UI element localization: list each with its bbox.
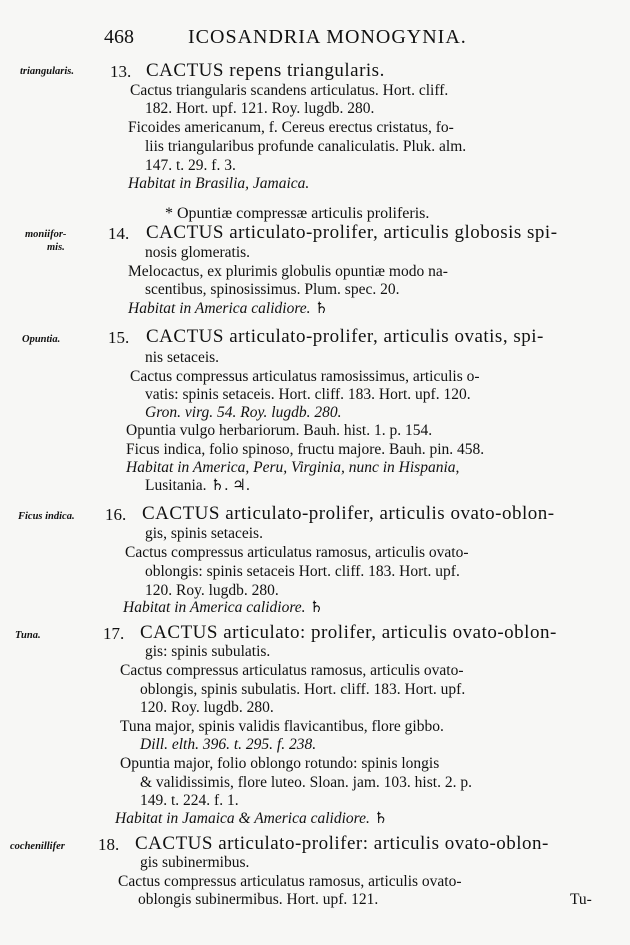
description-cont: nosis glomeratis. (145, 244, 250, 262)
description-cont: gis: spinis subulatis. (145, 643, 270, 661)
catchword: Tu- (570, 891, 592, 909)
margin-note: moniifor- (25, 229, 66, 240)
margin-note: Ficus indica. (18, 511, 75, 522)
entry-number: 15. (108, 328, 129, 348)
entry-number: 17. (103, 624, 124, 644)
synonym-line: Dill. elth. 396. t. 295. f. 238. (140, 736, 316, 754)
margin-note-cont: mis. (47, 242, 65, 253)
margin-note: Tuna. (15, 630, 41, 641)
entry-number: 16. (105, 505, 126, 525)
synonym-line: 149. t. 224. f. 1. (140, 792, 239, 810)
habitat-line: Habitat in Brasilia, Jamaica. (128, 175, 309, 193)
habitat-line: Habitat in America calidiore. ♄ (128, 300, 328, 318)
margin-note: Opuntia. (22, 334, 60, 345)
synonym-line: Gron. virg. 54. Roy. lugdb. 280. (145, 404, 341, 422)
synonym-line: scentibus, spinosissimus. Plum. spec. 20… (145, 281, 399, 299)
synonym-line: Ficus indica, folio spinoso, fructu majo… (126, 441, 484, 459)
synonym-line: 147. t. 29. f. 3. (145, 157, 236, 175)
synonym-line: oblongis: spinis setaceis Hort. cliff. 1… (145, 563, 460, 581)
synonym-line: Cactus compressus articulatus ramosus, a… (125, 544, 469, 562)
synonym-line: oblongis, spinis subulatis. Hort. cliff.… (140, 681, 465, 699)
synonym-line: vatis: spinis setaceis. Hort. cliff. 183… (145, 386, 471, 404)
synonym-line: Melocactus, ex plurimis globulis opuntiæ… (128, 263, 448, 281)
synonym-line: Cactus compressus articulatus ramosissim… (130, 368, 480, 386)
synonym-line: Cactus compressus articulatus ramosus, a… (120, 662, 464, 680)
entry-title: CACTUS articulato-prolifer, articulis ov… (142, 505, 555, 523)
synonym-line: Ficoides americanum, f. Cereus erectus c… (128, 119, 454, 137)
margin-note: cochenillifer (10, 841, 65, 852)
entry-number: 18. (98, 835, 119, 855)
synonym-line: & validissimis, flore luteo. Sloan. jam.… (140, 774, 472, 792)
synonym-line: liis triangularibus profunde canaliculat… (145, 138, 466, 156)
habitat-line: Habitat in America, Peru, Virginia, nunc… (126, 459, 459, 477)
book-page: 468 ICOSANDRIA MONOGYNIA. triangularis. … (0, 0, 630, 945)
synonym-line: Opuntia vulgo herbariorum. Bauh. hist. 1… (126, 422, 432, 440)
description-cont: gis subinermibus. (140, 854, 249, 872)
synonym-line: 120. Roy. lugdb. 280. (140, 699, 274, 717)
synonym-line: Opuntia major, folio oblongo rotundo: sp… (120, 755, 439, 773)
entry-number: 13. (110, 62, 131, 82)
entry-title: CACTUS articulato: prolifer, articulis o… (140, 624, 557, 642)
page-header: 468 ICOSANDRIA MONOGYNIA. (0, 26, 630, 56)
margin-note: triangularis. (20, 66, 74, 77)
synonym-line: Tuna major, spinis validis flavicantibus… (120, 718, 444, 736)
page-number: 468 (104, 26, 134, 49)
habitat-cont: Lusitania. ♄. ♃. (145, 477, 250, 495)
synonym-line: Cactus compressus articulatus ramosus, a… (118, 873, 462, 891)
entry-title: CACTUS articulato-prolifer, articulis ov… (146, 328, 544, 346)
section-heading: * Opuntiæ compressæ articulis proliferis… (165, 205, 429, 223)
entry-title: CACTUS repens triangularis. (146, 62, 385, 80)
habitat-line: Habitat in America calidiore. ♄ (123, 599, 323, 617)
description-cont: nis setaceis. (145, 349, 219, 367)
synonym-line: Cactus triangularis scandens articulatus… (130, 82, 448, 100)
synonym-line: 120. Roy. lugdb. 280. (145, 582, 279, 600)
synonym-line: 182. Hort. upf. 121. Roy. lugdb. 280. (145, 100, 374, 118)
description-cont: gis, spinis setaceis. (145, 525, 263, 543)
habitat-line: Habitat in Jamaica & America calidiore. … (115, 810, 388, 828)
entry-title: CACTUS articulato-prolifer, articulis gl… (146, 224, 558, 242)
synonym-line: oblongis subinermibus. Hort. upf. 121. (138, 891, 378, 909)
entry-title: CACTUS articulato-prolifer: articulis ov… (135, 835, 549, 853)
running-head: ICOSANDRIA MONOGYNIA. (188, 26, 467, 49)
entry-number: 14. (108, 224, 129, 244)
